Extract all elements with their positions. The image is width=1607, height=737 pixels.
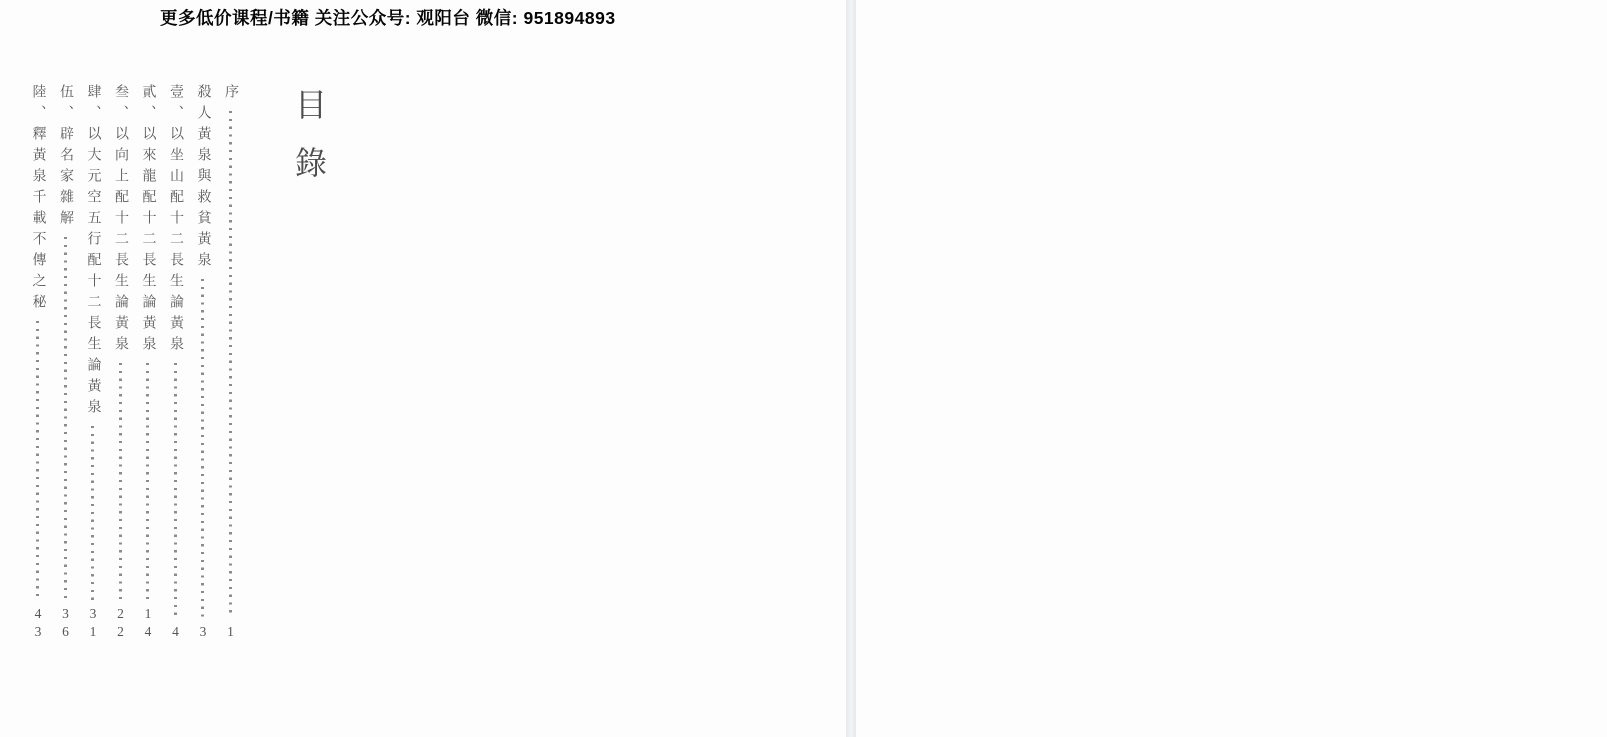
toc-entry: 壹、以坐山配十二長生論黃泉 4	[162, 84, 190, 642]
toc-title: 目錄	[286, 88, 332, 204]
dotted-leader	[146, 363, 149, 600]
toc-entry: 殺人黃泉與救貧黃泉 3	[189, 84, 217, 642]
book-viewer: 更多低价课程/书籍 关注公众号: 观阳台 微信: 951894893 目錄 序 …	[0, 0, 1607, 737]
right-page: 更多低价课程/书籍 关注公众号: 观阳台 微信: 951894893 序 這篇「…	[856, 0, 1607, 737]
table-of-contents: 序 1 殺人黃泉與救貧黃泉 3 壹、以坐山配十二長生論黃泉 4 貳、以來龍配十二…	[26, 84, 244, 642]
toc-entry: 序 1	[217, 84, 245, 642]
toc-entry-label: 叁、以向上配十二長生論黃泉	[107, 84, 135, 357]
toc-entry: 肆、以大元空五行配十二長生論黃泉 31	[79, 84, 107, 642]
toc-entry: 陸、釋黃泉千載不傳之秘 43	[24, 84, 52, 642]
toc-entry-label: 序	[217, 84, 245, 105]
page-gutter-divider	[846, 0, 856, 737]
dotted-leader	[119, 363, 122, 600]
dotted-leader	[201, 279, 204, 618]
left-page: 更多低价课程/书籍 关注公众号: 观阳台 微信: 951894893 目錄 序 …	[0, 0, 846, 737]
toc-entry-page: 22	[107, 606, 135, 642]
dotted-leader	[64, 237, 67, 600]
toc-entry-label: 陸、釋黃泉千載不傳之秘	[24, 84, 52, 315]
toc-entry-page: 43	[24, 606, 52, 642]
dotted-leader	[91, 426, 94, 600]
toc-entry-page: 36	[52, 606, 80, 642]
toc-entry-label: 肆、以大元空五行配十二長生論黃泉	[79, 84, 107, 420]
dotted-leader	[174, 363, 177, 618]
dotted-leader	[229, 111, 232, 618]
promo-watermark-left: 更多低价课程/书籍 关注公众号: 观阳台 微信: 951894893	[160, 5, 616, 30]
toc-entry: 叁、以向上配十二長生論黃泉 22	[107, 84, 135, 642]
toc-entry-label: 伍、辟名家雜解	[52, 84, 80, 231]
dotted-leader	[36, 321, 39, 600]
toc-entry-label: 殺人黃泉與救貧黃泉	[189, 84, 217, 273]
toc-entry-page: 1	[217, 624, 245, 642]
toc-entry-label: 壹、以坐山配十二長生論黃泉	[162, 84, 190, 357]
toc-entry-page: 14	[134, 606, 162, 642]
toc-entry: 貳、以來龍配十二長生論黃泉 14	[134, 84, 162, 642]
toc-entry-page: 4	[162, 624, 190, 642]
toc-entry-page: 31	[79, 606, 107, 642]
toc-entry-label: 貳、以來龍配十二長生論黃泉	[134, 84, 162, 357]
toc-entry: 伍、辟名家雜解 36	[52, 84, 80, 642]
toc-entry-page: 3	[189, 624, 217, 642]
